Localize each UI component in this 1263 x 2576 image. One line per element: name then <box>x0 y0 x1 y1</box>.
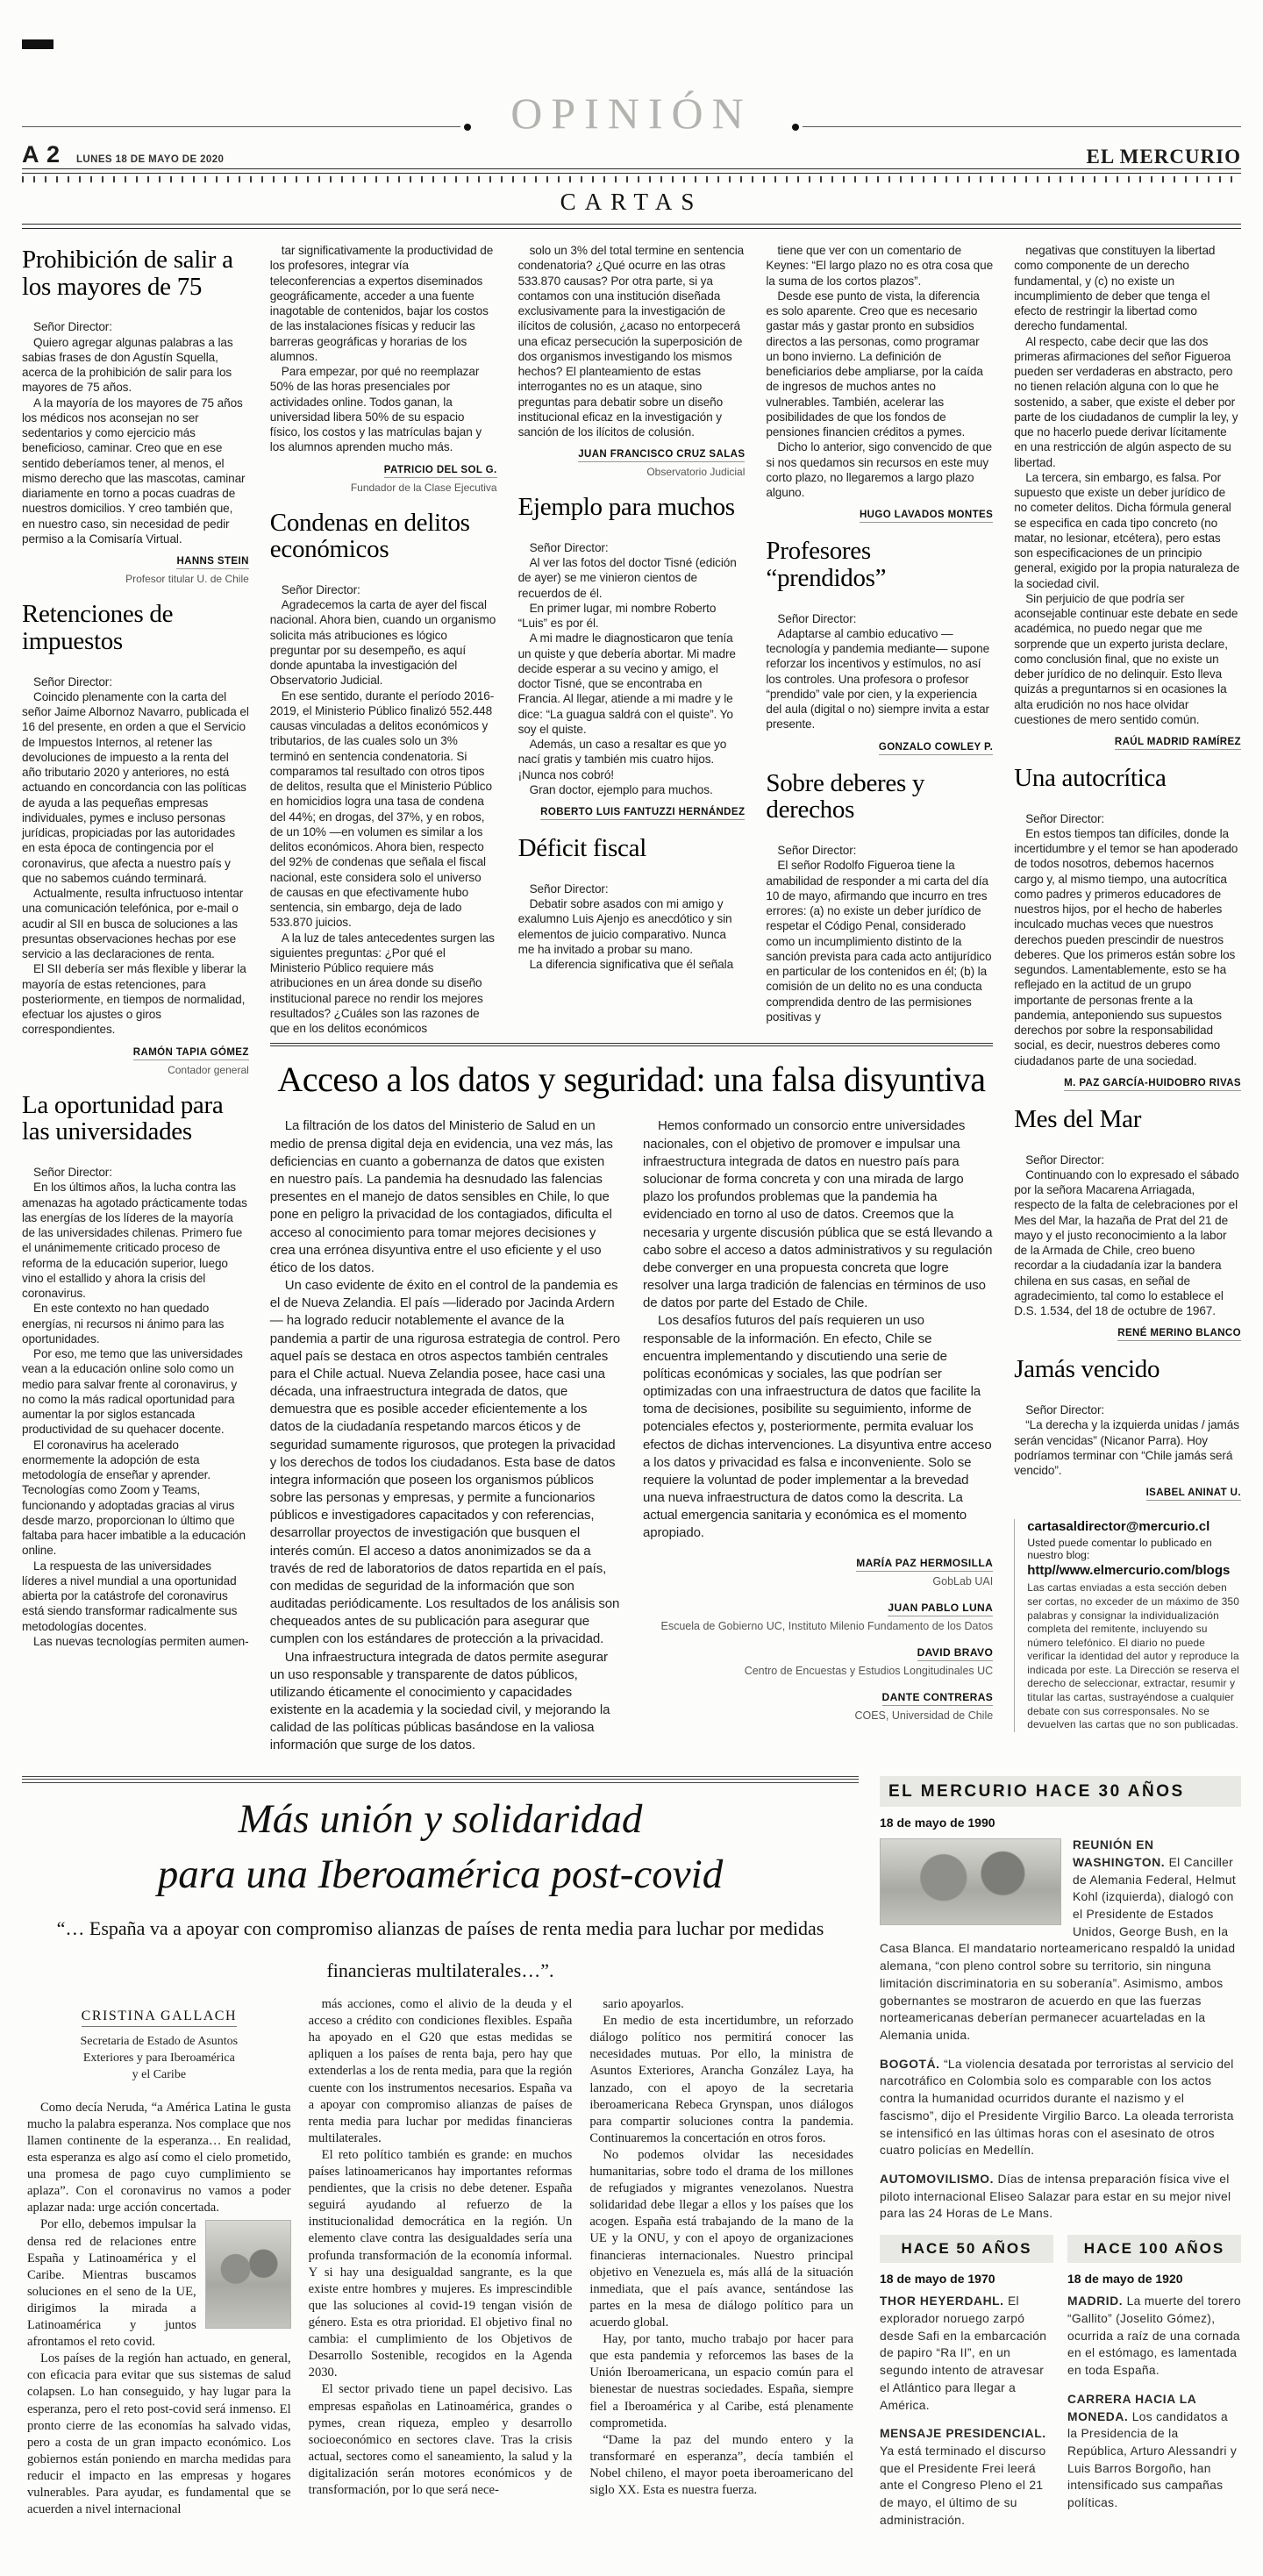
paragraph: Quiero agregar algunas palabras a las sa… <box>22 335 249 396</box>
feature-columns: La filtración de los datos del Ministeri… <box>270 1117 993 1754</box>
paragraph: Señor Director: <box>22 1165 249 1180</box>
affiliation: Profesor titular U. de Chile <box>22 573 249 585</box>
paragraph: Señor Director: <box>1014 1402 1241 1417</box>
newspaper-brand: EL MERCURIO <box>1087 146 1242 168</box>
paragraph: Agradecemos la carta de ayer del fiscal … <box>270 597 497 689</box>
newspaper-page: OPINIÓN A 2 LUNES 18 DE MAYO DE 2020 EL … <box>0 0 1263 2576</box>
paragraph: Señor Director: <box>22 674 249 689</box>
paragraph: El coronavirus ha acelerado enormemente … <box>22 1438 249 1559</box>
double-rule <box>22 168 1241 174</box>
letter-title: Una autocrítica <box>1014 765 1241 792</box>
signature-name: GONZALO COWLEY P. <box>879 742 993 755</box>
hace-100-items: MADRID. La muerte del torero “Gallito” (… <box>1067 2293 1241 2512</box>
paragraph: En medio de esta incertidumbre, un refor… <box>589 2013 853 2147</box>
paragraph: “La derecha y la izquierda unidas / jamá… <box>1014 1417 1241 1478</box>
paragraph: En ese sentido, durante el período 2016-… <box>270 689 497 931</box>
signature-name: HUGO LAVADOS MONTES <box>860 510 993 523</box>
affiliation: Escuela de Gobierno UC, Instituto Mileni… <box>643 1620 993 1632</box>
news-item-lead: THOR HEYERDAHL. <box>880 2294 1008 2308</box>
hace-30-header: EL MERCURIO HACE 30 AÑOS <box>880 1776 1241 1807</box>
paragraph: En primer lugar, mi nombre Roberto “Luis… <box>518 601 746 632</box>
blog-label: Usted puede comentar lo publicado en nue… <box>1027 1537 1241 1561</box>
paragraph: El señor Rodolfo Figueroa tiene la amabi… <box>766 858 993 1024</box>
paragraph: Sin perjuicio de que podría ser aconseja… <box>1014 591 1241 727</box>
paragraph: El SII debería ser más flexible y libera… <box>22 961 249 1037</box>
signature: RENÉ MERINO BLANCO <box>1014 1324 1241 1340</box>
paragraph: Hay, por tanto, mucho trabajo por hacer … <box>589 2331 853 2432</box>
news-item-lead: MADRID. <box>1067 2294 1127 2308</box>
oped-pull-quote: “… España va a apoyar con compromiso ali… <box>55 1908 825 1991</box>
paragraph: La tercera, sin embargo, es falsa. Por s… <box>1014 470 1241 591</box>
kohl-bush-photo <box>880 1838 1061 1925</box>
signature-name: JUAN PABLO LUNA <box>888 1602 993 1616</box>
letter-title: La oportunidad para las universidades <box>22 1092 249 1145</box>
paragraph: En los últimos años, la lucha contra las… <box>22 1180 249 1301</box>
signature-name: RAMÓN TAPIA GÓMEZ <box>133 1047 249 1060</box>
paragraph: Debatir sobre asados con mi amigo y exal… <box>518 896 746 957</box>
paragraph: Señor Director: <box>518 881 746 896</box>
signature-name: HANNS STEIN <box>176 556 248 569</box>
hace-50-date: 18 de mayo de 1970 <box>880 2272 1053 2286</box>
paragraph: Al ver las fotos del doctor Tisné (edici… <box>518 555 746 601</box>
hace-100-date: 18 de mayo de 1920 <box>1067 2272 1241 2286</box>
bullet-dot-icon <box>464 124 471 131</box>
news-item-lead: BOGOTÁ. <box>880 2058 944 2071</box>
fold-mark <box>22 39 54 49</box>
signature-name: DAVID BRAVO <box>917 1646 994 1661</box>
oped-article: Más unión y solidaridad para una Iberoam… <box>22 1776 859 2540</box>
paragraph: A la mayoría de los mayores de 75 años l… <box>22 396 249 547</box>
oped-byline: CRISTINA GALLACH <box>82 2009 237 2027</box>
affiliation: Contador general <box>22 1064 249 1076</box>
signature-name: DANTE CONTRERAS <box>882 1691 994 1706</box>
feature-article: Acceso a los datos y seguridad: una fals… <box>270 1043 993 1762</box>
signature: DAVID BRAVO <box>643 1645 993 1660</box>
section-title: OPINIÓN <box>510 88 753 139</box>
oped-column-c: sario apoyarlos.En medio de esta incerti… <box>589 1996 853 2518</box>
paragraph: No podemos olvidar las necesidades human… <box>589 2147 853 2331</box>
signature-name: RAÚL MADRID RAMÍREZ <box>1115 737 1241 750</box>
paragraph: La diferencia significativa que él señal… <box>518 957 746 972</box>
paragraph: Para empezar, por qué no reemplazar 50% … <box>270 364 497 455</box>
news-item-lead: REUNIÓN EN WASHINGTON. <box>1073 1838 1169 1869</box>
signature-name: PATRICIO DEL SOL G. <box>384 465 497 478</box>
hace-sub-boxes: HACE 50 AÑOS 18 de mayo de 1970 THOR HEY… <box>880 2235 1241 2540</box>
paragraph: Una infraestructura integrada de datos p… <box>270 1649 620 1755</box>
bullet-dot-icon <box>792 124 799 131</box>
signature: M. PAZ GARCÍA-HUIDOBRO RIVAS <box>1014 1074 1241 1090</box>
letter-title: Retenciones de impuestos <box>22 601 249 654</box>
hace-50-items: THOR HEYERDAHL. El explorador noruego za… <box>880 2293 1053 2529</box>
letters-column-2: tar significativamente la productividad … <box>270 243 497 1036</box>
letter-title: Condenas en delitos económicos <box>270 510 497 563</box>
paragraph: A mi madre le diagnosticaron que tenía u… <box>518 631 746 737</box>
paragraph: Hemos conformado un consorcio entre univ… <box>643 1117 993 1312</box>
archive-column: EL MERCURIO HACE 30 AÑOS 18 de mayo de 1… <box>880 1776 1241 2540</box>
news-item: AUTOMOVILISMO. Días de intensa preparaci… <box>880 2171 1241 2223</box>
paragraph: Señor Director: <box>766 843 993 858</box>
paragraph: Al respecto, cabe decir que las dos prim… <box>1014 334 1241 470</box>
signature-name: ISABEL ANINAT U. <box>1146 1488 1241 1501</box>
affiliation: Fundador de la Clase Ejecutiva <box>270 482 497 494</box>
hace-100-header: HACE 100 AÑOS <box>1067 2235 1241 2263</box>
paragraph: Señor Director: <box>766 611 993 626</box>
blog-url: http//www.elmercurio.com/blogs <box>1027 1563 1241 1578</box>
paragraph: Un caso evidente de éxito en el control … <box>270 1277 620 1649</box>
news-item: MADRID. La muerte del torero “Gallito” (… <box>1067 2293 1241 2380</box>
page-number: A 2 <box>22 141 61 168</box>
feature-headline: Acceso a los datos y seguridad: una fals… <box>270 1059 993 1100</box>
signature: ROBERTO LUIS FANTUZZI HERNÁNDEZ <box>518 803 746 819</box>
signature: JUAN PABLO LUNA <box>643 1600 993 1616</box>
hace-50-box: HACE 50 AÑOS 18 de mayo de 1970 THOR HEY… <box>880 2235 1053 2540</box>
paragraph: negativas que constituyen la libertad co… <box>1014 243 1241 334</box>
paragraph: sario apoyarlos. <box>589 1996 853 2013</box>
news-item-lead: MENSAJE PRESIDENCIAL. <box>880 2427 1046 2440</box>
contact-email: cartasaldirector@mercurio.cl <box>1027 1519 1241 1534</box>
paragraph: “Dame la paz del mundo entero y la trans… <box>589 2432 853 2499</box>
news-item: CARRERA HACIA LA MONEDA. Los candidatos … <box>1067 2391 1241 2512</box>
paragraph: Actualmente, resulta infructuoso intenta… <box>22 886 249 961</box>
paragraph: Señor Director: <box>1014 1152 1241 1167</box>
signature: DANTE CONTRERAS <box>643 1689 993 1705</box>
letters-contact-box: cartasaldirector@mercurio.cl Usted puede… <box>1014 1519 1241 1731</box>
signature-name: ROBERTO LUIS FANTUZZI HERNÁNDEZ <box>540 807 745 820</box>
affiliation: COES, Universidad de Chile <box>643 1709 993 1722</box>
paragraph: Gran doctor, ejemplo para muchos. <box>518 782 746 797</box>
signature: RAMÓN TAPIA GÓMEZ <box>22 1044 249 1060</box>
subsection-title: CARTAS <box>22 182 1241 224</box>
signature: HANNS STEIN <box>22 553 249 568</box>
feature-column-right: Hemos conformado un consorcio entre univ… <box>643 1117 993 1754</box>
paragraph: Además, un caso a resaltar es que yo nac… <box>518 737 746 782</box>
oped-headline-line2: para una Iberoamérica post-covid <box>22 1852 859 1898</box>
paragraph: Dicho lo anterior, sigo convencido de qu… <box>766 439 993 500</box>
paragraph: En estos tiempos tan difíciles, donde la… <box>1014 826 1241 1068</box>
oped-column-a-items: Como decía Neruda, “a América Latina le … <box>27 2100 291 2519</box>
masthead: OPINIÓN A 2 LUNES 18 DE MAYO DE 2020 EL … <box>22 53 1241 168</box>
paragraph: tar significativamente la productividad … <box>270 243 497 364</box>
signature-name: JUAN FRANCISCO CRUZ SALAS <box>578 449 745 462</box>
letter-title: Déficit fiscal <box>518 835 746 862</box>
signature: RAÚL MADRID RAMÍREZ <box>1014 733 1241 749</box>
paragraph: Los desafíos futuros del país requieren … <box>643 1312 993 1542</box>
news-item: MENSAJE PRESIDENCIAL. Ya está terminado … <box>880 2425 1053 2529</box>
hace-30-date: 18 de mayo de 1990 <box>880 1816 1241 1830</box>
signature: MARÍA PAZ HERMOSILLA <box>643 1555 993 1571</box>
paragraph: El reto político también es grande: en m… <box>309 2147 573 2382</box>
letters-section: Prohibición de salir a los mayores de 75… <box>22 243 1241 1762</box>
letter-title: Ejemplo para muchos <box>518 494 746 521</box>
letters-column-5-items: negativas que constituyen la libertad co… <box>1014 243 1241 1500</box>
letters-column-5: negativas que constituyen la libertad co… <box>1014 243 1241 1762</box>
masthead-rule-left <box>22 126 460 127</box>
letter-title: Jamás vencido <box>1014 1356 1241 1383</box>
signature: JUAN FRANCISCO CRUZ SALAS <box>518 446 746 461</box>
signature: GONZALO COWLEY P. <box>766 739 993 754</box>
hace-100-box: HACE 100 AÑOS 18 de mayo de 1920 MADRID.… <box>1067 2235 1241 2540</box>
gallach-portrait-photo <box>205 2220 291 2329</box>
double-rule <box>22 224 1241 229</box>
oped-author-title: Secretaria de Estado de Asuntos Exterior… <box>80 2034 238 2084</box>
paragraph: solo un 3% del total termine en sentenci… <box>518 243 746 439</box>
signature: HUGO LAVADOS MONTES <box>766 506 993 522</box>
signature-name: M. PAZ GARCÍA-HUIDOBRO RIVAS <box>1064 1078 1241 1091</box>
paragraph: más acciones, como el alivio de la deuda… <box>309 1996 573 2147</box>
hace-50-header: HACE 50 AÑOS <box>880 2235 1053 2263</box>
oped-column-a: CRISTINA GALLACH Secretaria de Estado de… <box>27 1996 291 2518</box>
letter-title: Profesores “prendidos” <box>766 538 993 591</box>
letter-title: Sobre deberes y derechos <box>766 770 993 824</box>
paragraph: Continuando con lo expresado el sábado p… <box>1014 1167 1241 1319</box>
feature-column-left: La filtración de los datos del Ministeri… <box>270 1117 620 1754</box>
hace-30-body: REUNIÓN EN WASHINGTON. El Canciller de A… <box>880 1837 1241 2223</box>
paragraph: tiene que ver con un comentario de Keyne… <box>766 243 993 289</box>
paragraph: Los países de la región han actuado, en … <box>27 2351 291 2518</box>
letter-title: Mes del Mar <box>1014 1106 1241 1133</box>
paragraph: La respuesta de las universidades lídere… <box>22 1559 249 1634</box>
affiliation: GobLab UAI <box>643 1575 993 1588</box>
news-item-lead: AUTOMOVILISMO. <box>880 2173 997 2186</box>
paragraph: La filtración de los datos del Ministeri… <box>270 1117 620 1277</box>
paragraph: Las nuevas tecnologías permiten aumen- <box>22 1634 249 1649</box>
paragraph: Señor Director: <box>518 540 746 555</box>
page-date: LUNES 18 DE MAYO DE 2020 <box>76 154 224 165</box>
paragraph: Señor Director: <box>1014 811 1241 826</box>
paragraph: Por eso, me temo que las universidades v… <box>22 1346 249 1438</box>
paragraph: Señor Director: <box>22 319 249 334</box>
affiliation: Centro de Encuestas y Estudios Longitudi… <box>643 1665 993 1677</box>
news-item-lead: CARRERA HACIA LA MONEDA. <box>1067 2393 1196 2423</box>
byline-wrap: CRISTINA GALLACH <box>27 2009 291 2027</box>
paragraph: El sector privado tiene un papel decisiv… <box>309 2381 573 2499</box>
signature-name: RENÉ MERINO BLANCO <box>1117 1328 1241 1341</box>
paragraph: Como decía Neruda, “a América Latina le … <box>27 2100 291 2217</box>
affiliation: Observatorio Judicial <box>518 466 746 478</box>
letters-column-3: solo un 3% del total termine en sentenci… <box>518 243 746 1036</box>
news-item: THOR HEYERDAHL. El explorador noruego za… <box>880 2293 1053 2414</box>
oped-columns: CRISTINA GALLACH Secretaria de Estado de… <box>22 1996 859 2518</box>
letters-policy-text: Las cartas enviadas a esta sección deben… <box>1027 1581 1241 1731</box>
oped-column-b: más acciones, como el alivio de la deuda… <box>309 1996 573 2518</box>
letters-column-1: Prohibición de salir a los mayores de 75… <box>22 243 249 1762</box>
paragraph: A la luz de tales antecedentes surgen la… <box>270 931 497 1037</box>
tick-rule <box>22 176 1241 182</box>
paragraph: Señor Director: <box>270 582 497 597</box>
bottom-section: Más unión y solidaridad para una Iberoam… <box>22 1776 1241 2540</box>
paragraph: Desde ese punto de vista, la diferencia … <box>766 289 993 440</box>
masthead-rule-right <box>803 126 1241 127</box>
paragraph: Adaptarse al cambio educativo —tecnologí… <box>766 626 993 732</box>
paragraph: Coincido plenamente con la carta del señ… <box>22 689 249 886</box>
paragraph: En este contexto no han quedado energías… <box>22 1301 249 1346</box>
news-item: BOGOTÁ. “La violencia desatada por terro… <box>880 2056 1241 2159</box>
letter-title: Prohibición de salir a los mayores de 75 <box>22 246 249 300</box>
signature: ISABEL ANINAT U. <box>1014 1484 1241 1500</box>
signature-name: MARÍA PAZ HERMOSILLA <box>856 1557 993 1572</box>
signature: PATRICIO DEL SOL G. <box>270 461 497 477</box>
letters-column-4: tiene que ver con un comentario de Keyne… <box>766 243 993 1036</box>
oped-headline-line1: Más unión y solidaridad <box>22 1796 859 1843</box>
